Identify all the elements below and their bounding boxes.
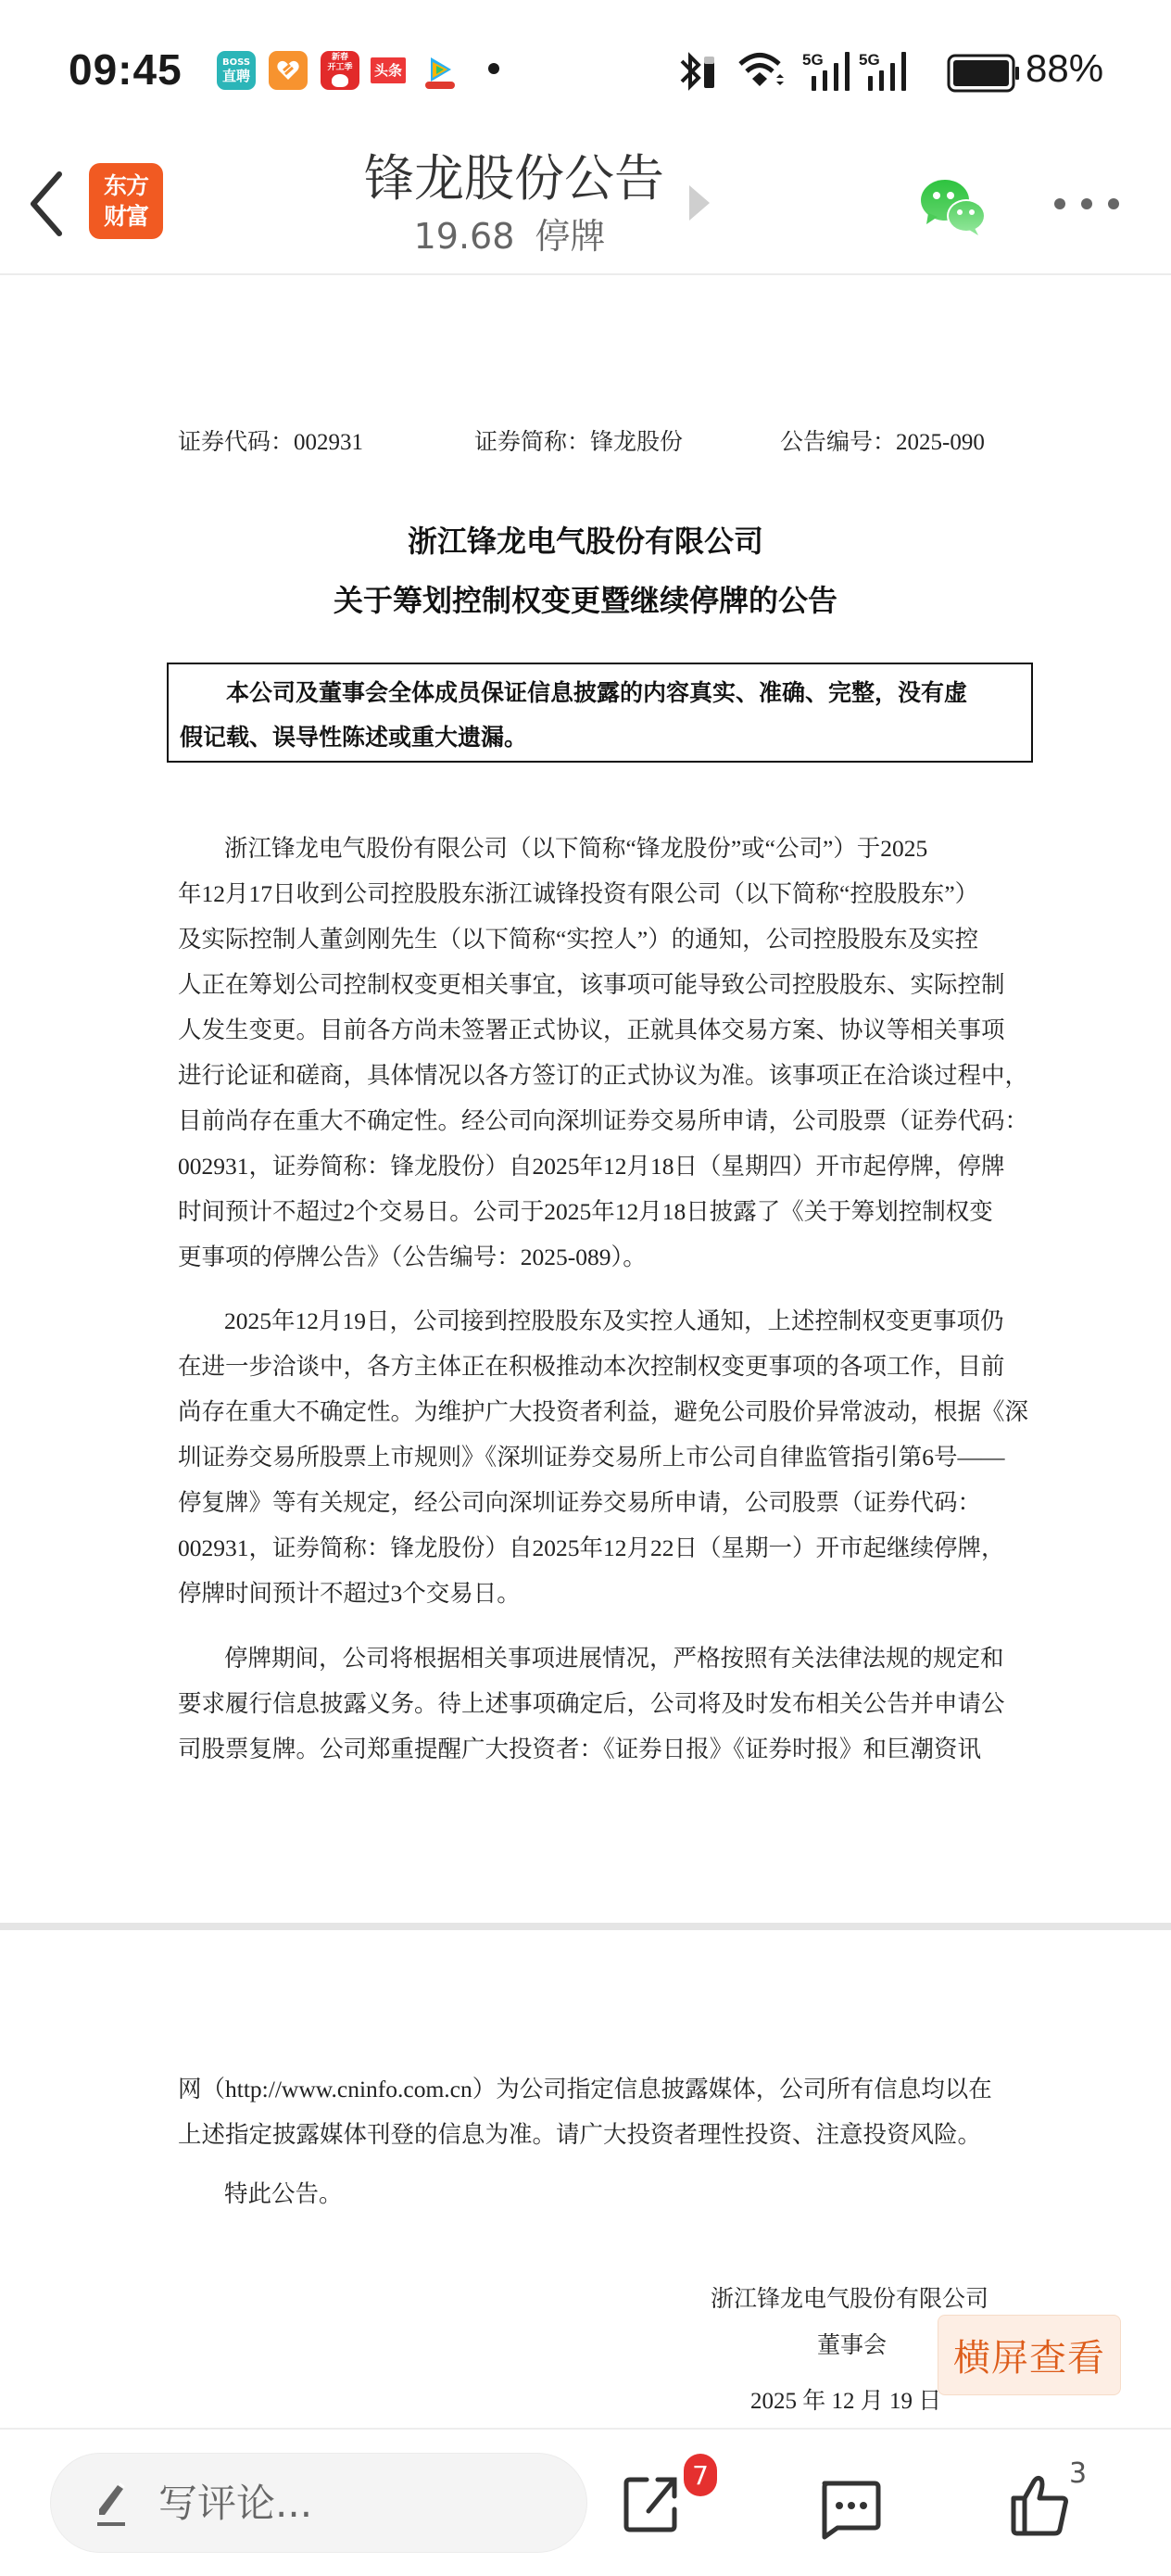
boss-zhipin-notification-icon: BOSS 直聘 bbox=[217, 51, 256, 90]
share-button[interactable] bbox=[621, 2469, 687, 2535]
jd-notification-icon: 新春 开工季 bbox=[321, 51, 359, 90]
heart-app-notification-icon bbox=[269, 51, 308, 90]
battery-icon bbox=[947, 48, 1023, 95]
toutiao-notification-icon: 头条 bbox=[371, 57, 406, 83]
svg-text:5G: 5G bbox=[859, 51, 880, 69]
security-code: 证券代码：002931 bbox=[178, 423, 363, 457]
comment-placeholder: 写评论... bbox=[158, 2476, 312, 2532]
tencent-video-notification-icon bbox=[422, 54, 459, 91]
signature-company: 浙江锋龙电气股份有限公司 bbox=[711, 2280, 988, 2314]
eastmoney-logo[interactable]: 东方 财富 bbox=[89, 163, 163, 239]
page-separator bbox=[0, 1923, 1171, 1930]
wechat-share-button[interactable] bbox=[917, 176, 988, 237]
paragraph-3: 停牌期间，公司将根据相关事项进展情况，严格按照有关法律法规的规定和 要求履行信息… bbox=[178, 1635, 993, 1772]
announcement-meta: 证券代码：002931 证券简称：锋龙股份 公告编号：2025-090 bbox=[178, 423, 993, 461]
stock-quote: 19.68停牌 bbox=[389, 213, 630, 259]
paragraph-1: 浙江锋龙电气股份有限公司（以下简称“锋龙股份”或“公司”）于2025 年12月1… bbox=[178, 826, 993, 1280]
comment-input[interactable]: 写评论... bbox=[50, 2453, 587, 2553]
like-button[interactable] bbox=[1010, 2472, 1071, 2537]
wifi-icon bbox=[737, 48, 786, 95]
page-title: 锋龙股份公告 bbox=[343, 146, 686, 211]
comments-button[interactable] bbox=[817, 2478, 884, 2543]
announcement-title: 关于筹划控制权变更暨继续停牌的公告 bbox=[0, 577, 1171, 620]
cellular-signal-1-icon: 5G bbox=[802, 48, 852, 95]
status-bar: 09:45 BOSS 直聘 新春 开工季 头条 5G bbox=[0, 0, 1171, 139]
stock-price: 19.68 bbox=[414, 216, 515, 257]
back-button[interactable] bbox=[22, 167, 69, 241]
security-short-name: 证券简称：锋龙股份 bbox=[474, 423, 683, 457]
landscape-view-button[interactable]: 横屏查看 bbox=[938, 2315, 1121, 2395]
company-title: 浙江锋龙电气股份有限公司 bbox=[0, 518, 1171, 561]
signature-date: 2025 年 12 月 19 日 bbox=[750, 2382, 941, 2416]
app-header: 东方 财富 锋龙股份公告 19.68停牌 bbox=[0, 139, 1171, 275]
announcement-number: 公告编号：2025-090 bbox=[780, 423, 985, 457]
share-count-badge: 7 bbox=[684, 2454, 717, 2496]
disclaimer-box: 本公司及董事会全体成员保证信息披露的内容真实、准确、完整，没有虚 假记载、误导性… bbox=[167, 663, 1033, 763]
battery-percent: 88% bbox=[1026, 46, 1103, 91]
pencil-icon bbox=[95, 2481, 129, 2528]
more-dot-icon bbox=[1081, 198, 1092, 209]
cellular-signal-2-icon: 5G bbox=[859, 48, 909, 95]
bluetooth-icon bbox=[678, 48, 721, 95]
svg-text:5G: 5G bbox=[802, 51, 824, 69]
paragraph-2: 2025年12月19日，公司接到控股股东及实控人通知，上述控制权变更事项仍 在进… bbox=[178, 1298, 993, 1616]
more-dot-icon bbox=[1054, 198, 1065, 209]
stock-status: 停牌 bbox=[535, 216, 605, 257]
like-count: 3 bbox=[1069, 2457, 1087, 2490]
bottom-action-bar: 写评论... 7 3 bbox=[0, 2428, 1171, 2576]
next-stock-arrow-icon[interactable] bbox=[689, 185, 710, 221]
more-dot-icon bbox=[1108, 198, 1119, 209]
status-time: 09:45 bbox=[69, 44, 183, 95]
more-notifications-dot bbox=[488, 63, 499, 74]
closing-text: 特此公告。 bbox=[178, 2171, 993, 2216]
signature-board: 董事会 bbox=[817, 2327, 887, 2360]
paragraph-3-continued: 网（http://www.cninfo.com.cn）为公司指定信息披露媒体，公… bbox=[178, 2066, 993, 2157]
more-options-button[interactable] bbox=[1054, 195, 1119, 213]
